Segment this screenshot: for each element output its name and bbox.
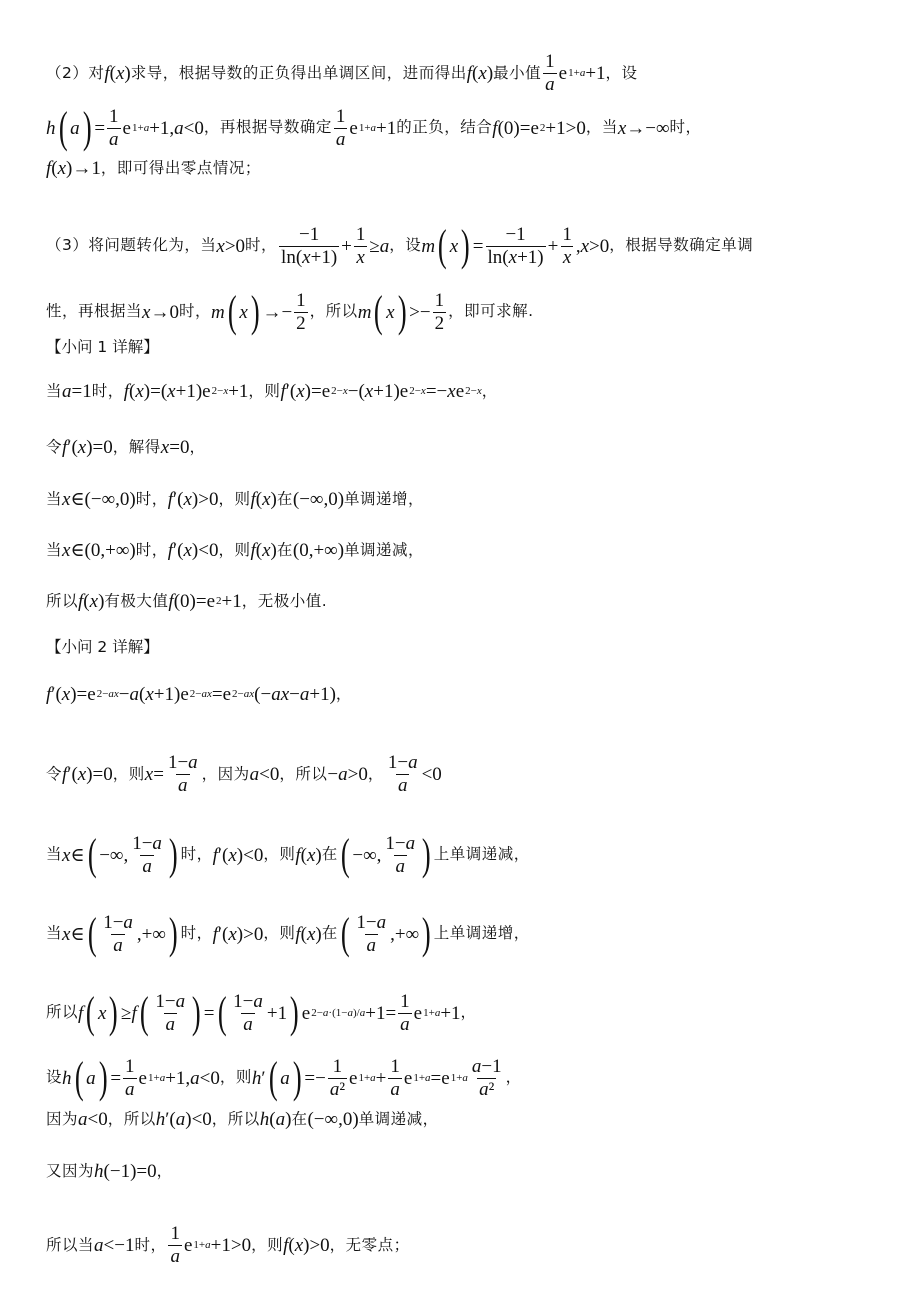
math-expression: f′(x)=0	[62, 765, 113, 784]
math-expression: x∈(1−aa,+∞)	[62, 912, 181, 956]
math-expression: f(x)→1	[46, 159, 101, 178]
math-expression: f′(x)=e2−x−(x+1)e2−x=−xe2−x	[280, 382, 481, 401]
text-segment: 因为	[46, 1112, 78, 1128]
text-segment: 时，	[136, 492, 168, 508]
math-expression: a=1	[62, 382, 92, 401]
exponent: 2−x	[331, 386, 348, 397]
fraction: 1−aa	[166, 753, 200, 796]
math-expression: f(0)=e2+1>0	[492, 119, 586, 138]
math-expression: a<0	[250, 765, 280, 784]
math-expression: (−∞,0)	[307, 1110, 358, 1129]
fraction: 1a²	[328, 1057, 347, 1100]
text-segment: 在	[322, 926, 338, 942]
fraction: a−1a²	[470, 1057, 504, 1100]
heading-q1: 【小问 1 详解】	[46, 340, 870, 356]
math-expression: x→0	[142, 303, 179, 322]
exponent: 1+a	[359, 123, 376, 134]
exponent: 1+a	[568, 68, 585, 79]
text-segment: ，解得	[113, 440, 161, 456]
text-segment: ，则	[218, 543, 250, 559]
math-expression: f(x)	[467, 64, 493, 83]
math-expression: (1−aa,+∞)	[338, 912, 434, 956]
math-expression: x=0	[161, 438, 190, 457]
fraction: 1a	[107, 107, 121, 150]
math-expression: −1ln(x+1)+1x≥a	[277, 225, 389, 268]
fraction: 1a	[388, 1057, 402, 1100]
exponent: 2−x	[409, 386, 426, 397]
fraction: 1−aa	[354, 913, 388, 956]
text-segment: ，	[189, 440, 205, 456]
text-segment: ，即可求解.	[448, 304, 533, 320]
fraction: 1a	[334, 107, 348, 150]
section-heading: 【小问 1 详解】	[46, 340, 159, 356]
text-segment: ，	[461, 1005, 477, 1021]
text-segment: ，所以	[108, 1112, 156, 1128]
text-segment: 当	[46, 926, 62, 942]
text-segment: 所以	[46, 1005, 78, 1021]
text-segment: 上单调递减，	[434, 847, 530, 863]
analysis-3-line1: （3）将问题转化为，当 x>0 时，−1ln(x+1)+1x≥a，设 m(x)=…	[46, 224, 870, 268]
exponent: 1+a	[451, 1073, 468, 1084]
math-expression: −a>0	[327, 765, 367, 784]
math-expression: h′(a)=−1a²e1+a+1ae1+a=e1+aa−1a²	[252, 1056, 506, 1100]
text-segment: 的正负，结合	[396, 120, 492, 136]
text-segment: 又因为	[46, 1164, 94, 1180]
text-segment: ，则	[248, 384, 280, 400]
math-expression: 1ae1+a+1	[332, 107, 396, 150]
fraction: 1−aa	[383, 834, 417, 877]
analysis-3-line2: 性，再根据当 x→0 时，m(x)→−12，所以 m(x)>−12，即可求解.	[46, 290, 870, 334]
math-expression: h(a)=1ae1+a+1,a<0	[46, 106, 204, 150]
math-expression: m(x)>−12	[358, 290, 448, 334]
text-segment: ，	[368, 767, 384, 783]
math-expression: x∈(−∞,0)	[62, 490, 136, 509]
text-segment: 在	[277, 492, 293, 508]
text-segment: （2）对	[46, 66, 104, 82]
text-segment: 求导，根据导数的正负得出单调区间，进而得出	[131, 66, 467, 82]
text-segment: 单调递减，	[344, 543, 424, 559]
text-segment: ，设	[606, 66, 638, 82]
analysis-2-line1: （2）对 f(x) 求导，根据导数的正负得出单调区间，进而得出 f(x) 最小值…	[46, 52, 870, 95]
fraction: −1ln(x+1)	[486, 225, 546, 268]
q1-line5: 所以 f(x) 有极大值 f(0)=e2+1，无极小值.	[46, 592, 870, 611]
math-expression: f′(x)=e2−ax−a(x+1)e2−ax=e2−ax(−ax−a+1)	[46, 685, 336, 704]
text-segment: ，无极小值.	[242, 594, 327, 610]
text-segment: ，再根据导数确定	[204, 120, 332, 136]
text-segment: ，因为	[202, 767, 250, 783]
text-segment: （3）将问题转化为，当	[46, 238, 216, 254]
math-expression: h′(a)<0	[156, 1110, 212, 1129]
text-segment: 时，	[181, 926, 213, 942]
text-segment: 单调递减，	[359, 1112, 439, 1128]
text-segment: 设	[46, 1070, 62, 1086]
text-segment: ，则	[218, 492, 250, 508]
q2-line8: 又因为 h(−1)=0，	[46, 1162, 870, 1181]
math-expression: (−∞,0)	[293, 490, 344, 509]
exponent: 1+a	[193, 1240, 210, 1251]
fraction: 1−aa	[386, 753, 420, 796]
math-expression: f(x)	[295, 846, 321, 865]
text-segment: ，	[336, 687, 352, 703]
math-expression: (0,+∞)	[293, 541, 344, 560]
fraction: 1−aa	[101, 913, 135, 956]
math-expression: f′(x)=0	[62, 438, 113, 457]
text-segment: 时，	[92, 384, 124, 400]
text-segment: ，	[506, 1070, 522, 1086]
q2-line5: 所以 f(x)≥f(1−aa)=(1−aa+1)e2−a·(1−a)/a+1=1…	[46, 991, 870, 1035]
analysis-2-line3: f(x)→1，即可得出零点情况；	[46, 159, 870, 178]
text-segment: 在	[277, 543, 293, 559]
text-segment: 时，	[245, 238, 277, 254]
text-segment: ，根据导数确定单调	[609, 238, 753, 254]
text-segment: ，则	[251, 1238, 283, 1254]
q2-line4: 当 x∈(1−aa,+∞) 时，f′(x)>0，则 f(x) 在 (1−aa,+…	[46, 912, 870, 956]
math-expression: f(x)	[250, 490, 276, 509]
exponent: 1+a	[413, 1073, 430, 1084]
exponent: 1+a	[358, 1073, 375, 1084]
text-segment: ，则	[263, 926, 295, 942]
math-expression: f′(x)<0	[213, 846, 264, 865]
text-segment: 令	[46, 767, 62, 783]
math-expression: f(0)=e2+1	[168, 592, 241, 611]
text-segment: ，即可得出零点情况；	[101, 161, 261, 177]
math-expression: f(x)=(x+1)e2−x+1	[124, 382, 249, 401]
fraction: 1−aa	[153, 992, 187, 1035]
text-segment: ，所以	[310, 304, 358, 320]
text-segment: ，则	[220, 1070, 252, 1086]
fraction: 1a	[543, 52, 557, 95]
math-expression: x→−∞	[618, 119, 670, 138]
exponent: 2−x	[212, 386, 229, 397]
text-segment: 在	[322, 847, 338, 863]
text-segment: ，当	[586, 120, 618, 136]
section-heading: 【小问 2 详解】	[46, 640, 159, 656]
text-segment: 时，	[179, 304, 211, 320]
text-segment: ，则	[113, 767, 145, 783]
text-segment: 当	[46, 543, 62, 559]
text-segment: ，设	[389, 238, 421, 254]
text-segment: 性，再根据当	[46, 304, 142, 320]
math-expression: x∈(0,+∞)	[62, 541, 136, 560]
fraction: 12	[294, 291, 308, 334]
math-expression: a<0	[78, 1110, 108, 1129]
text-segment: 时，	[181, 847, 213, 863]
math-expression: h(a)=1ae1+a+1,a<0	[62, 1056, 220, 1100]
text-segment: 时，	[134, 1238, 166, 1254]
exponent: 1+a	[148, 1073, 165, 1084]
heading-q2: 【小问 2 详解】	[46, 640, 870, 656]
math-expression: f(x)	[78, 592, 104, 611]
fraction: 1a	[398, 992, 412, 1035]
solution-page: （2）对 f(x) 求导，根据导数的正负得出单调区间，进而得出 f(x) 最小值…	[0, 0, 900, 1300]
exponent: 2−ax	[190, 689, 212, 700]
text-segment: ，所以	[212, 1112, 260, 1128]
q1-line3: 当 x∈(−∞,0) 时，f′(x)>0，则 f(x) 在 (−∞,0) 单调递…	[46, 490, 870, 509]
fraction: 1−aa	[231, 992, 265, 1035]
math-expression: a<−1	[94, 1236, 134, 1255]
math-expression: f(x)	[104, 64, 130, 83]
fraction: 1−aa	[130, 834, 164, 877]
text-segment: ，	[157, 1164, 173, 1180]
exponent: 2−ax	[232, 689, 254, 700]
text-segment: 在	[291, 1112, 307, 1128]
math-expression: x∈(−∞,1−aa)	[62, 833, 181, 877]
fraction: 1a	[123, 1057, 137, 1100]
q2-line7: 因为 a<0，所以 h′(a)<0，所以 h(a) 在 (−∞,0) 单调递减，	[46, 1110, 870, 1129]
text-segment: 最小值	[493, 66, 541, 82]
exponent: 1+a	[423, 1008, 440, 1019]
q1-line2: 令 f′(x)=0，解得 x=0，	[46, 438, 870, 457]
math-expression: f(x)	[250, 541, 276, 560]
math-expression: 1ae1+a+1>0	[166, 1224, 251, 1267]
q2-line2: 令 f′(x)=0，则 x=1−aa，因为 a<0，所以 −a>0，1−aa<0	[46, 753, 870, 796]
fraction: −1ln(x+1)	[279, 225, 339, 268]
text-segment: ，	[482, 384, 498, 400]
q2-line9: 所以当 a<−1 时，1ae1+a+1>0，则 f(x)>0，无零点；	[46, 1224, 870, 1267]
math-expression: m(x)→−12	[211, 290, 310, 334]
text-segment: ，无零点；	[330, 1238, 410, 1254]
text-segment: 上单调递增，	[434, 926, 530, 942]
q2-line3: 当 x∈(−∞,1−aa) 时，f′(x)<0，则 f(x) 在 (−∞,1−a…	[46, 833, 870, 877]
math-expression: h(−1)=0	[94, 1162, 157, 1181]
text-segment: 当	[46, 384, 62, 400]
math-expression: 1−aa<0	[384, 753, 442, 796]
math-expression: f′(x)>0	[168, 490, 219, 509]
math-expression: f′(x)<0	[168, 541, 219, 560]
math-expression: m(x)=−1ln(x+1)+1x,x>0	[421, 224, 609, 268]
text-segment: 时，	[670, 120, 702, 136]
text-segment: 当	[46, 492, 62, 508]
q1-line1: 当 a=1 时，f(x)=(x+1)e2−x+1，则 f′(x)=e2−x−(x…	[46, 382, 870, 401]
text-segment: ，所以	[279, 767, 327, 783]
math-expression: 1ae1+a+1	[541, 52, 605, 95]
text-segment: 当	[46, 847, 62, 863]
math-expression: h(a)	[260, 1110, 292, 1129]
fraction: 1a	[168, 1224, 182, 1267]
analysis-2-line2: h(a)=1ae1+a+1,a<0，再根据导数确定 1ae1+a+1 的正负，结…	[46, 106, 870, 150]
math-expression: f(x)>0	[283, 1236, 330, 1255]
fraction: 1x	[354, 225, 368, 268]
text-segment: 令	[46, 440, 62, 456]
math-expression: f′(x)>0	[213, 925, 264, 944]
exponent: 2−ax	[97, 689, 119, 700]
math-expression: f(x)≥f(1−aa)=(1−aa+1)e2−a·(1−a)/a+1=1ae1…	[78, 991, 461, 1035]
exponent: 2−a·(1−a)/a	[311, 1008, 365, 1019]
fraction: 1x	[560, 225, 574, 268]
math-expression: (−∞,1−aa)	[338, 833, 434, 877]
text-segment: 所以	[46, 594, 78, 610]
math-expression: x>0	[216, 237, 245, 256]
exponent: 1+a	[132, 123, 149, 134]
q2-line1: f′(x)=e2−ax−a(x+1)e2−ax=e2−ax(−ax−a+1)，	[46, 685, 870, 704]
text-segment: 时，	[136, 543, 168, 559]
q1-line4: 当 x∈(0,+∞) 时，f′(x)<0，则 f(x) 在 (0,+∞) 单调递…	[46, 541, 870, 560]
text-segment: 单调递增，	[344, 492, 424, 508]
fraction: 12	[433, 291, 447, 334]
math-expression: f(x)	[295, 925, 321, 944]
exponent: 2−x	[465, 386, 482, 397]
q2-line6: 设 h(a)=1ae1+a+1,a<0，则 h′(a)=−1a²e1+a+1ae…	[46, 1056, 870, 1100]
text-segment: 有极大值	[104, 594, 168, 610]
text-segment: 所以当	[46, 1238, 94, 1254]
text-segment: ，则	[263, 847, 295, 863]
math-expression: x=1−aa	[145, 753, 202, 796]
